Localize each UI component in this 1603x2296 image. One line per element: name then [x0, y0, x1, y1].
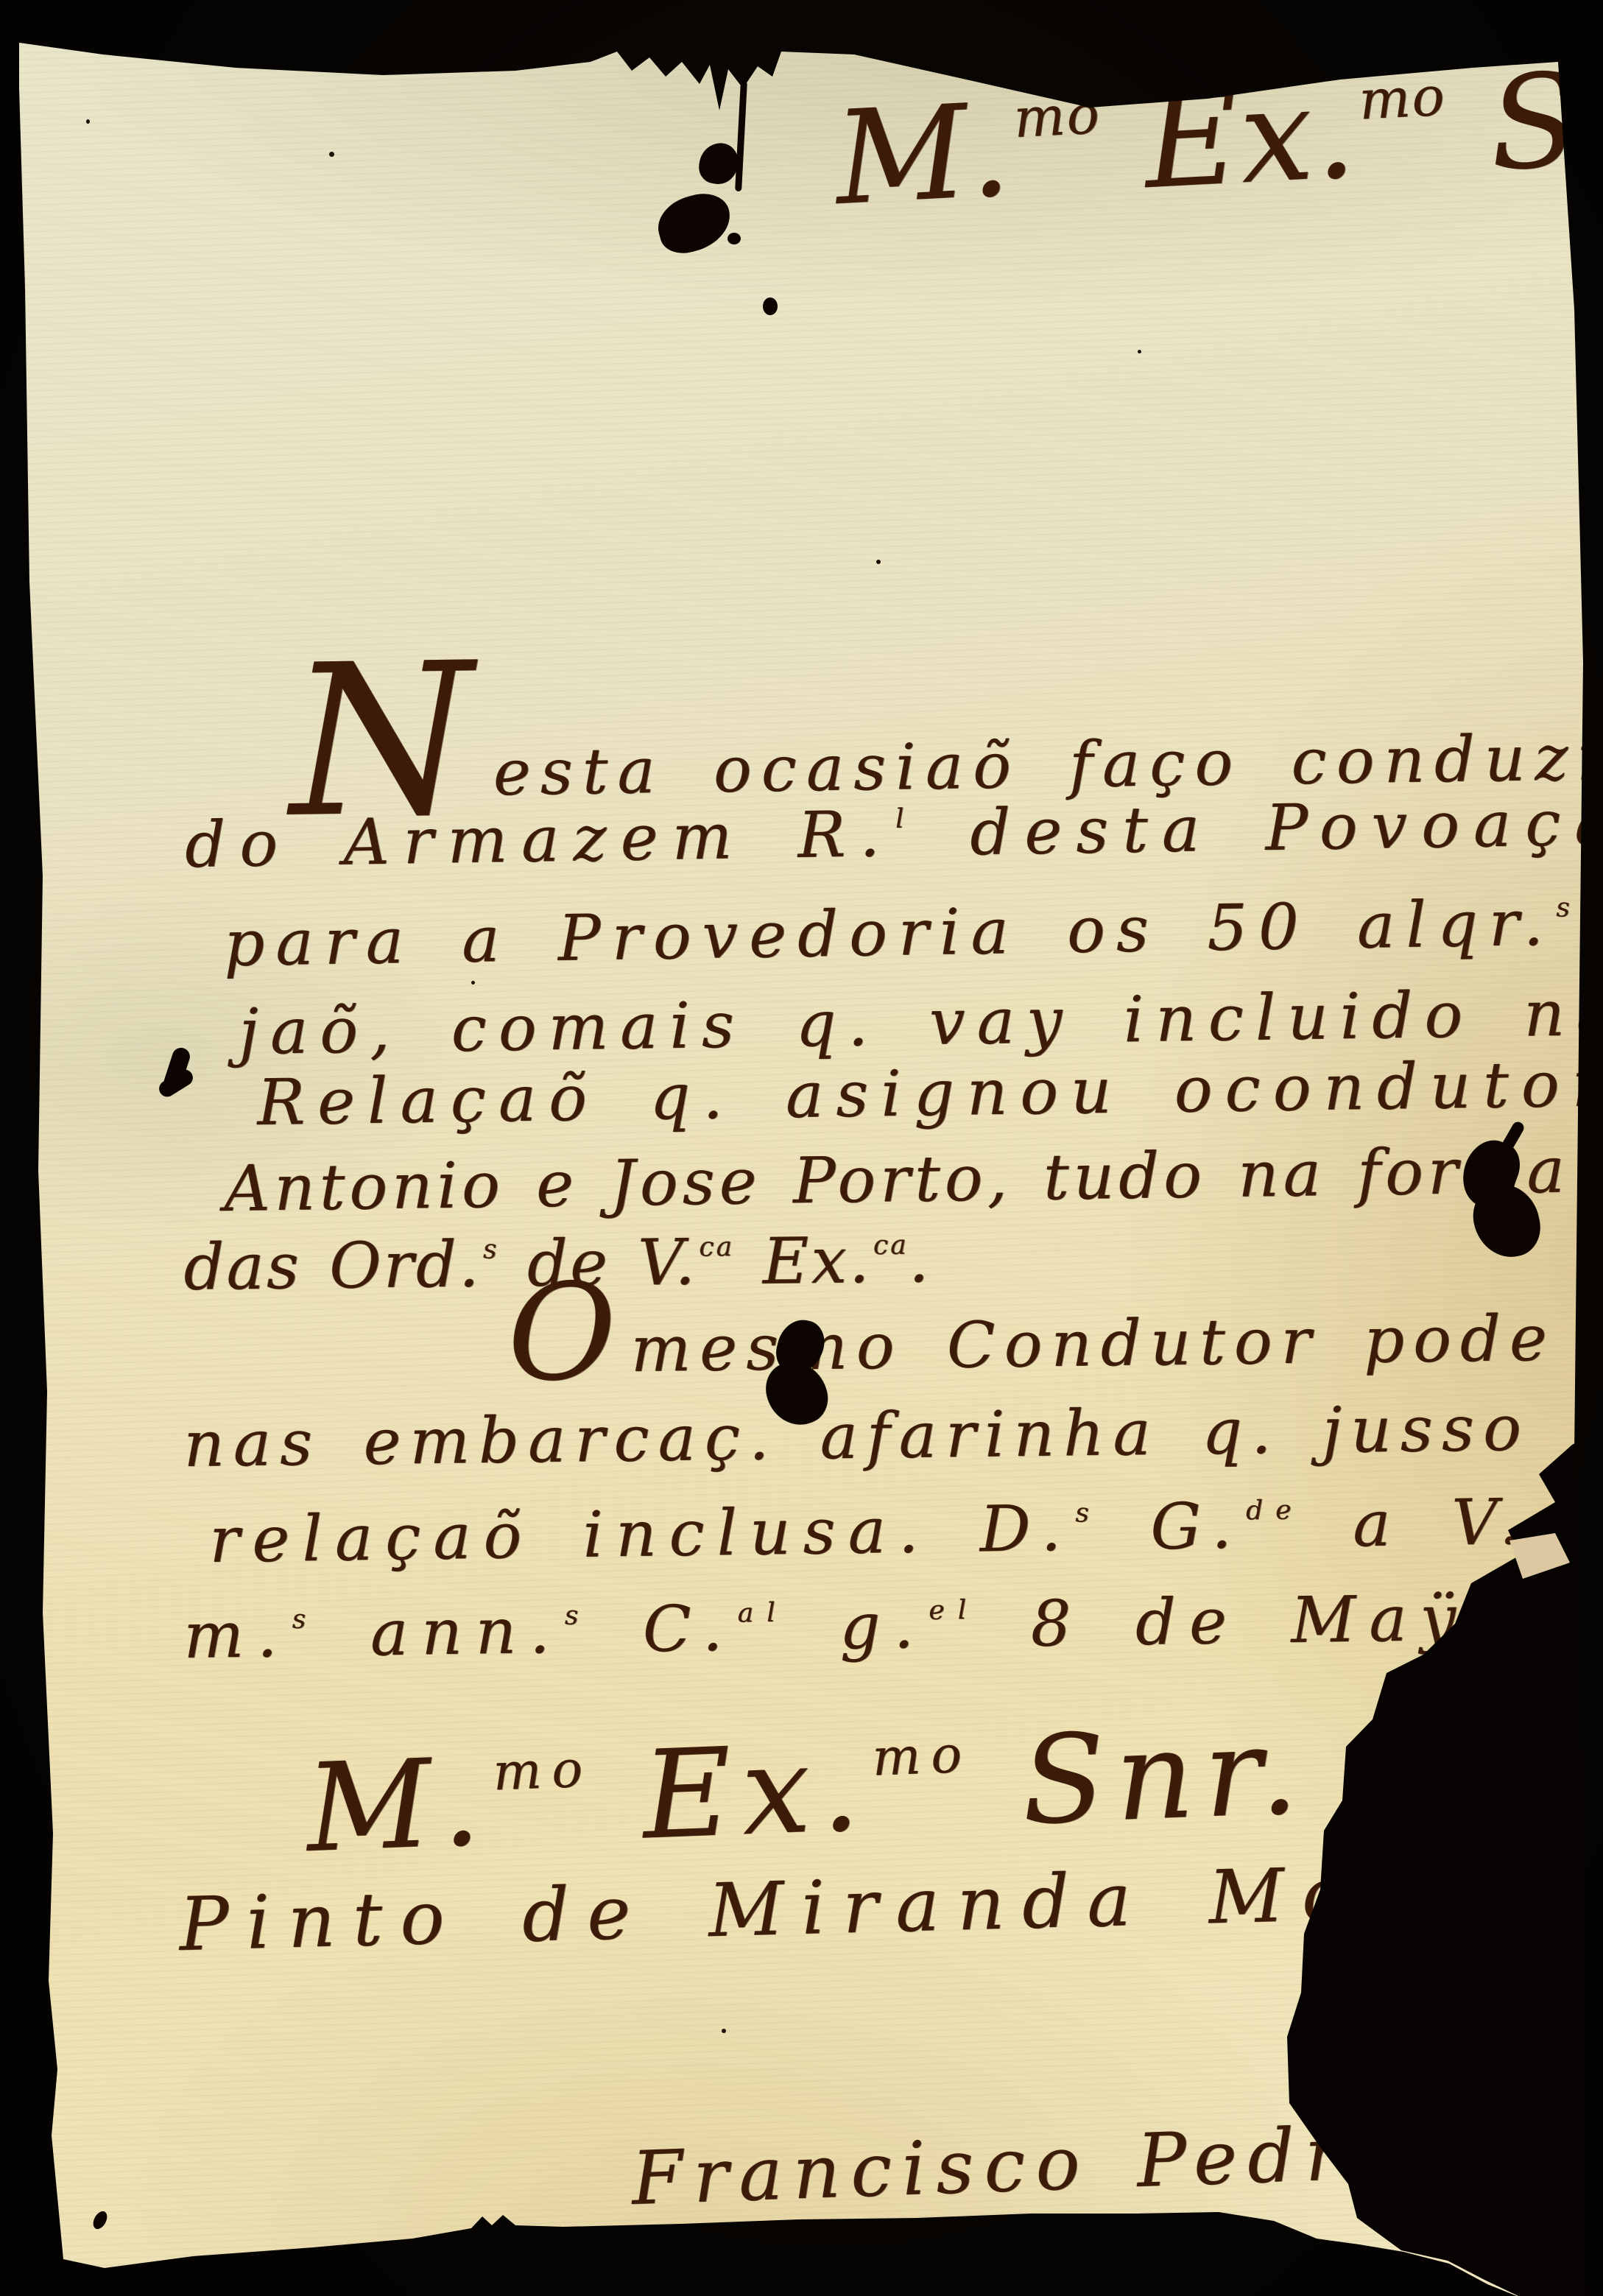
- body-text: ann.: [319, 1594, 563, 1672]
- body-text: Antonio e Jose Porto, tudo na forma: [224, 1134, 1570, 1226]
- body-superscript: al: [737, 1596, 789, 1629]
- body-text: defei: [1580, 881, 1603, 959]
- body-text: relaçaõ inclusa. D.: [209, 1492, 1074, 1577]
- ink-spot: [763, 297, 778, 315]
- body-line-9: nas embarcaç. afarinha q. jusso na: [183, 1390, 1603, 1482]
- body-text: desta Povoaçaõ: [917, 785, 1603, 870]
- ink-blot-top-small: [697, 140, 741, 187]
- body-superscript: s: [1075, 1496, 1102, 1528]
- address-superscript: mo: [871, 1725, 973, 1788]
- salutation-text: Ex.: [1099, 57, 1361, 220]
- paper-speck: [876, 560, 881, 564]
- address-text: M.: [304, 1731, 493, 1879]
- drop-capital: N: [290, 739, 482, 742]
- salutation-superscript: mo: [1012, 83, 1102, 150]
- body-text: G.: [1101, 1489, 1244, 1565]
- paper-speck: [1138, 350, 1141, 353]
- body-line-8: Omesmo Condutor pode trazer: [507, 1298, 1603, 1388]
- body-text: Ex.: [734, 1224, 872, 1299]
- address-text: Ex.: [591, 1716, 873, 1868]
- body-line-11: m.s ann.s C.al g.el 8 de Maÿo d: [183, 1580, 1603, 1673]
- paper-speck: [722, 2029, 726, 2033]
- ink-drip: [735, 81, 747, 191]
- paper-speck: [471, 981, 475, 985]
- body-text: nas embarcaç. afarinha q. jusso na: [183, 1390, 1603, 1482]
- paper-speck: [91, 2209, 110, 2231]
- ink-blot-top-large: [652, 187, 737, 258]
- body-superscript: l: [895, 802, 918, 834]
- paper-speck: [86, 119, 90, 124]
- body-line-10: relaçaõ inclusa. D.s G.de a V. Ex.a: [209, 1482, 1603, 1577]
- body-superscript: s: [483, 1233, 499, 1265]
- body-text: do Armazem R.: [184, 797, 894, 882]
- body-text: g.: [788, 1589, 927, 1665]
- body-superscript: s: [292, 1603, 319, 1635]
- body-superscript: ca: [699, 1230, 734, 1262]
- manuscript-letter: M.mo Ex.mo Snr. Nesta ocasiaõ faço condu…: [0, 0, 1603, 2296]
- scan-background: M.mo Ex.mo Snr. Nesta ocasiaõ faço condu…: [0, 0, 1603, 2296]
- body-superscript: de: [1246, 1493, 1304, 1526]
- body-superscript: s: [565, 1599, 592, 1631]
- body-text: C.: [591, 1592, 736, 1668]
- paper-speck: [329, 152, 334, 157]
- body-text: m.: [183, 1598, 291, 1673]
- address-superscript: mo: [492, 1739, 593, 1802]
- body-superscript: ca: [873, 1229, 909, 1261]
- ink-blot-top-dot: [727, 233, 741, 244]
- salutation-superscript: mo: [1358, 66, 1448, 133]
- drop-capital: O: [507, 1332, 625, 1334]
- body-line-6: Antonio e Jose Porto, tudo na forma: [224, 1134, 1570, 1226]
- salutation-line: M.mo Ex.mo Snr.: [831, 37, 1603, 234]
- salutation-text: M.: [831, 76, 1015, 234]
- salutation-text: Snr.: [1443, 37, 1603, 203]
- body-line-3: para a Provedoria os 50 alqr.s defei: [223, 881, 1603, 981]
- body-text: das Ord.: [183, 1228, 482, 1305]
- body-superscript: el: [929, 1594, 980, 1626]
- body-text: .: [908, 1223, 931, 1297]
- body-text: para a Provedoria os 50 alqr.: [223, 887, 1554, 981]
- body-superscript: s: [1556, 891, 1581, 923]
